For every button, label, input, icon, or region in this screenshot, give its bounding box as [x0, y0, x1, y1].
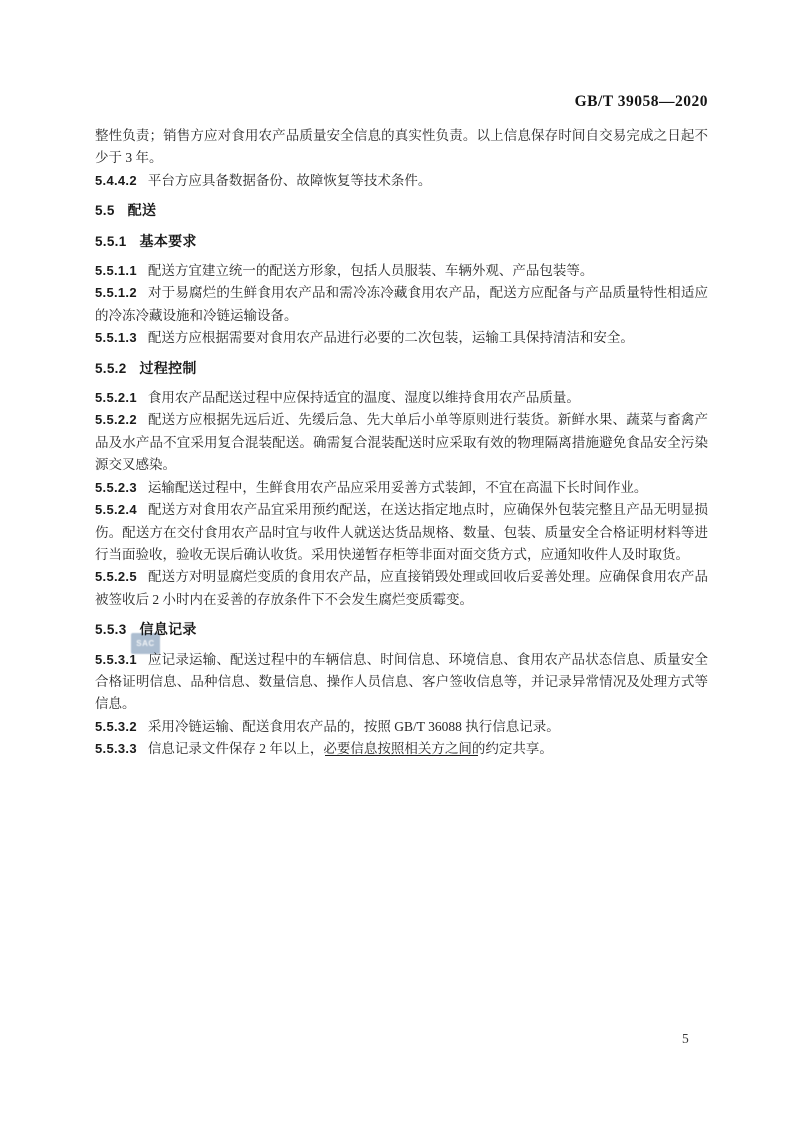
clause-paragraph: 5.5.3.1应记录运输、配送过程中的车辆信息、时间信息、环境信息、食用农产品状…	[95, 649, 708, 716]
page-number: 5	[682, 1031, 689, 1047]
clause-number: 5.5.2.3	[95, 480, 137, 495]
section-heading: 5.5.3信息记录	[95, 618, 708, 641]
clause-number: 5.5	[95, 203, 115, 218]
clause-text: 应记录运输、配送过程中的车辆信息、时间信息、环境信息、食用农产品状态信息、质量安…	[95, 652, 708, 712]
clause-paragraph: 5.5.2.5配送方对明显腐烂变质的食用农产品，应直接销毁处理或回收后妥善处理。…	[95, 566, 708, 611]
continuation-paragraph: 整性负责；销售方应对食用农产品质量安全信息的真实性负责。以上信息保存时间自交易完…	[95, 125, 708, 170]
clause-text: 配送方对明显腐烂变质的食用农产品，应直接销毁处理或回收后妥善处理。应确保食用农产…	[95, 569, 708, 606]
clause-paragraph: 5.5.2.1食用农产品配送过程中应保持适宜的温度、湿度以维持食用农产品质量。	[95, 387, 708, 409]
clause-text: 配送方应根据先远后近、先缓后急、先大单后小单等原则进行装货。新鲜水果、蔬菜与畜禽…	[95, 412, 708, 472]
document-page: GB/T 39058—2020 SAC 整性负责；销售方应对食用农产品质量安全信…	[0, 0, 794, 1122]
standard-code-header: GB/T 39058—2020	[575, 93, 708, 111]
clause-paragraph: 5.5.2.2配送方应根据先远后近、先缓后急、先大单后小单等原则进行装货。新鲜水…	[95, 409, 708, 476]
clause-number: 5.5.2.1	[95, 390, 137, 405]
clause-text: 配送方宜建立统一的配送方形象，包括人员服装、车辆外观、产品包装等。	[148, 263, 594, 278]
clause-number: 5.5.3.1	[95, 652, 137, 667]
clause-text: 整性负责；销售方应对食用农产品质量安全信息的真实性负责。以上信息保存时间自交易完…	[95, 128, 708, 165]
clause-paragraph: 5.4.4.2平台方应具备数据备份、故障恢复等技术条件。	[95, 170, 708, 192]
clause-number: 5.5.2.2	[95, 412, 137, 427]
clause-number: 5.5.2.5	[95, 569, 137, 584]
clause-text: 配送方对食用农产品宜采用预约配送，在送达指定地点时，应确保外包装完整且产品无明显…	[95, 502, 708, 562]
document-body: 整性负责；销售方应对食用农产品质量安全信息的真实性负责。以上信息保存时间自交易完…	[95, 125, 708, 761]
clause-number: 5.5.2.4	[95, 502, 137, 517]
clause-paragraph: 5.5.1.1配送方宜建立统一的配送方形象，包括人员服装、车辆外观、产品包装等。	[95, 260, 708, 282]
clause-text: 对于易腐烂的生鲜食用农产品和需冷冻冷藏食用农产品，配送方应配备与产品质量特性相适…	[95, 285, 708, 322]
clause-number: 5.5.1.3	[95, 330, 137, 345]
section-heading: 5.5配送	[95, 199, 708, 222]
clause-text: 信息记录	[140, 621, 197, 637]
clause-number: 5.5.3.2	[95, 719, 137, 734]
clause-paragraph: 5.5.2.4配送方对食用农产品宜采用预约配送，在送达指定地点时，应确保外包装完…	[95, 499, 708, 566]
clause-text: 信息记录文件保存 2 年以上，必要信息按照相关方之间的约定共享。	[148, 741, 553, 756]
clause-text: 平台方应具备数据备份、故障恢复等技术条件。	[148, 173, 432, 188]
clause-number: 5.5.3.3	[95, 741, 137, 756]
clause-text: 过程控制	[140, 360, 197, 376]
clause-paragraph: 5.5.1.2对于易腐烂的生鲜食用农产品和需冷冻冷藏食用农产品，配送方应配备与产…	[95, 282, 708, 327]
clause-number: 5.5.1.1	[95, 263, 137, 278]
clause-paragraph: 5.5.3.2采用冷链运输、配送食用农产品的，按照 GB/T 36088 执行信…	[95, 716, 708, 738]
clause-number: 5.5.1	[95, 234, 127, 249]
clause-text: 配送	[128, 202, 157, 218]
section-heading: 5.5.2过程控制	[95, 357, 708, 380]
section-heading: 5.5.1基本要求	[95, 230, 708, 253]
clause-paragraph: 5.5.3.3信息记录文件保存 2 年以上，必要信息按照相关方之间的约定共享。	[95, 738, 708, 760]
clause-number: 5.4.4.2	[95, 173, 137, 188]
clause-paragraph: 5.5.1.3配送方应根据需要对食用农产品进行必要的二次包装，运输工具保持清洁和…	[95, 327, 708, 349]
clause-paragraph: 5.5.2.3运输配送过程中，生鲜食用农产品应采用妥善方式装卸，不宜在高温下长时…	[95, 477, 708, 499]
clause-text: 配送方应根据需要对食用农产品进行必要的二次包装，运输工具保持清洁和安全。	[148, 330, 634, 345]
clause-text: 采用冷链运输、配送食用农产品的，按照 GB/T 36088 执行信息记录。	[148, 719, 560, 734]
clause-text: 基本要求	[140, 233, 197, 249]
clause-text: 食用农产品配送过程中应保持适宜的温度、湿度以维持食用农产品质量。	[148, 390, 580, 405]
clause-number: 5.5.1.2	[95, 285, 137, 300]
clause-number: 5.5.3	[95, 622, 127, 637]
clause-number: 5.5.2	[95, 361, 127, 376]
clause-text: 运输配送过程中，生鲜食用农产品应采用妥善方式装卸，不宜在高温下长时间作业。	[148, 480, 648, 495]
